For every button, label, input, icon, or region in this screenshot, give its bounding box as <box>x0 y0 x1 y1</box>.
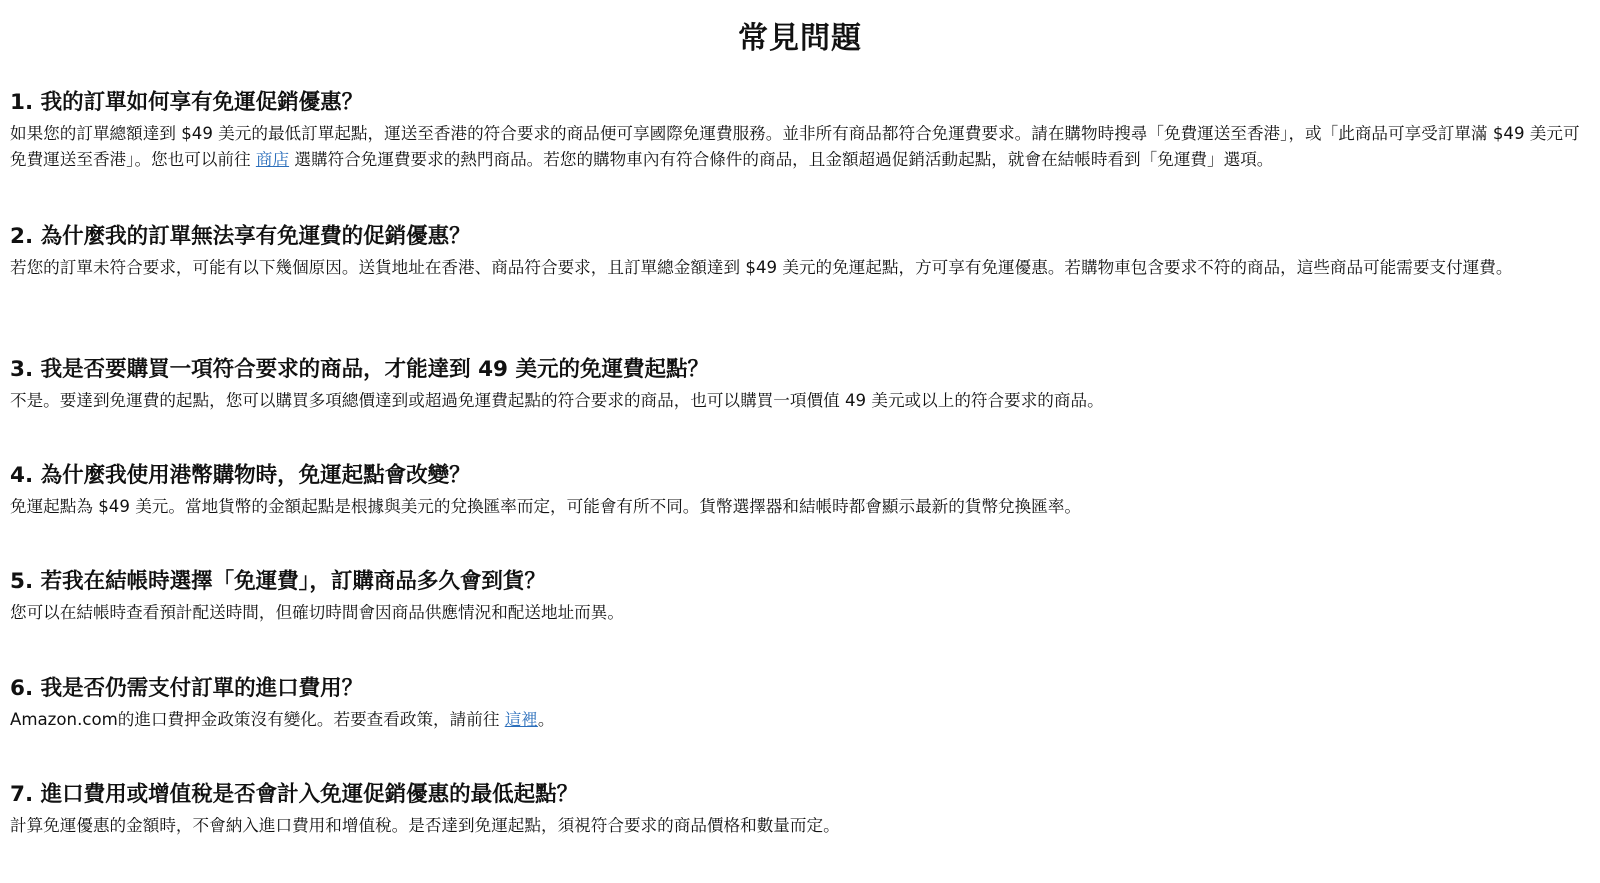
faq-item-2: 2. 為什麼我的訂單無法享有免運費的促銷優惠？ 若您的訂單未符合要求，可能有以下… <box>10 222 1594 281</box>
answer-text: 。 <box>538 710 555 729</box>
faq-page: 常見問題 1. 我的訂單如何享有免運促銷優惠？ 如果您的訂單總額達到 $49 美… <box>0 0 1600 80</box>
faq-answer: 計算免運優惠的金額時，不會納入進口費用和增值稅。是否達到免運起點，須視符合要求的… <box>10 813 1594 839</box>
faq-question: 4. 為什麼我使用港幣購物時，免運起點會改變？ <box>10 461 1594 491</box>
faq-question: 7. 進口費用或增值稅是否會計入免運促銷優惠的最低起點？ <box>10 780 1594 810</box>
faq-question: 2. 為什麼我的訂單無法享有免運費的促銷優惠？ <box>10 222 1594 252</box>
faq-answer: 您可以在結帳時查看預計配送時間，但確切時間會因商品供應情況和配送地址而異。 <box>10 600 1594 626</box>
faq-item-1: 1. 我的訂單如何享有免運促銷優惠？ 如果您的訂單總額達到 $49 美元的最低訂… <box>10 88 1594 173</box>
store-link[interactable]: 商店 <box>256 150 289 169</box>
faq-item-6: 6. 我是否仍需支付訂單的進口費用？ Amazon.com的進口費押金政策沒有變… <box>10 674 1594 733</box>
faq-answer: 免運起點為 $49 美元。當地貨幣的金額起點是根據與美元的兌換匯率而定，可能會有… <box>10 494 1594 520</box>
faq-answer: 不是。要達到免運費的起點，您可以購買多項總價達到或超過免運費起點的符合要求的商品… <box>10 388 1594 414</box>
answer-text: Amazon.com的進口費押金政策沒有變化。若要查看政策，請前往 <box>10 710 505 729</box>
faq-answer: 若您的訂單未符合要求，可能有以下幾個原因。送貨地址在香港、商品符合要求，且訂單總… <box>10 255 1594 281</box>
faq-question: 3. 我是否要購買一項符合要求的商品，才能達到 49 美元的免運費起點？ <box>10 355 1594 385</box>
page-title: 常見問題 <box>10 0 1590 80</box>
answer-text: 選購符合免運費要求的熱門商品。若您的購物車內有符合條件的商品，且金額超過促銷活動… <box>289 150 1273 169</box>
faq-question: 5. 若我在結帳時選擇「免運費」，訂購商品多久會到貨？ <box>10 567 1594 597</box>
policy-here-link[interactable]: 這裡 <box>505 710 538 729</box>
faq-answer: 如果您的訂單總額達到 $49 美元的最低訂單起點，運送至香港的符合要求的商品便可… <box>10 121 1594 173</box>
faq-answer: Amazon.com的進口費押金政策沒有變化。若要查看政策，請前往 這裡。 <box>10 707 1594 733</box>
faq-item-7: 7. 進口費用或增值稅是否會計入免運促銷優惠的最低起點？ 計算免運優惠的金額時，… <box>10 780 1594 839</box>
faq-question: 6. 我是否仍需支付訂單的進口費用？ <box>10 674 1594 704</box>
faq-item-4: 4. 為什麼我使用港幣購物時，免運起點會改變？ 免運起點為 $49 美元。當地貨… <box>10 461 1594 520</box>
faq-question: 1. 我的訂單如何享有免運促銷優惠？ <box>10 88 1594 118</box>
faq-item-5: 5. 若我在結帳時選擇「免運費」，訂購商品多久會到貨？ 您可以在結帳時查看預計配… <box>10 567 1594 626</box>
faq-item-3: 3. 我是否要購買一項符合要求的商品，才能達到 49 美元的免運費起點？ 不是。… <box>10 355 1594 414</box>
